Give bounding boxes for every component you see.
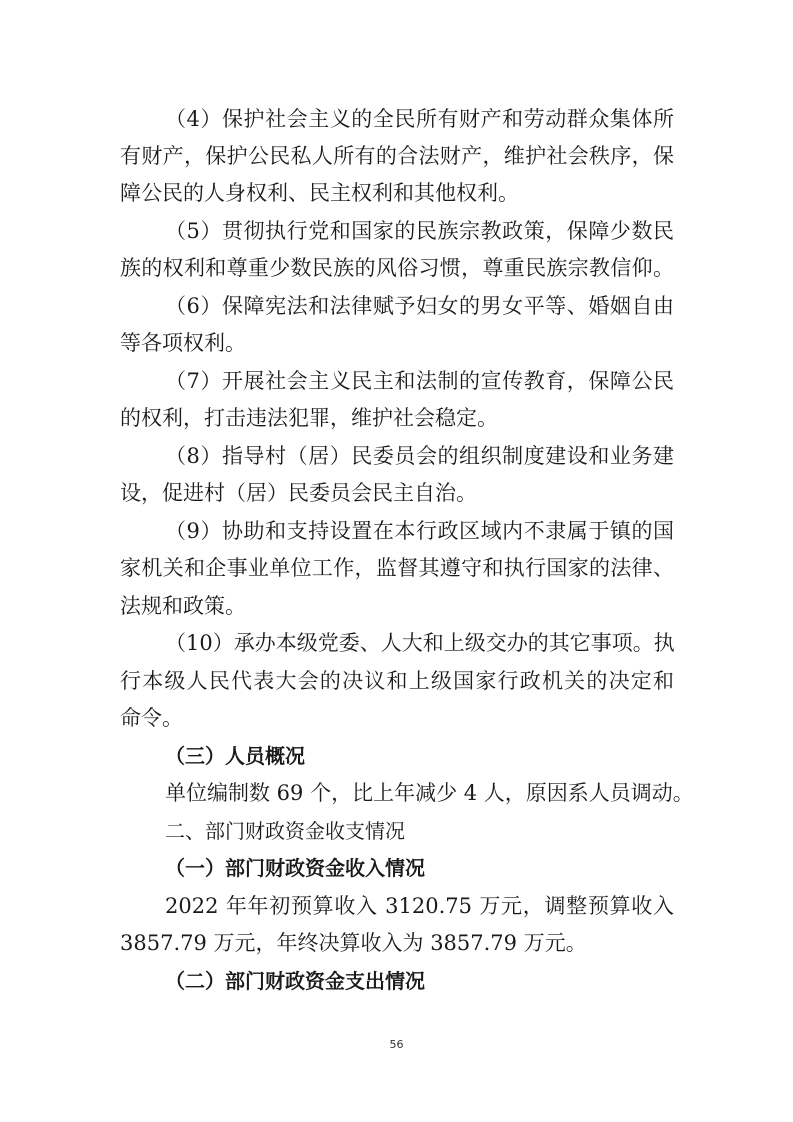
section-heading-staff-overview: （三）人员概况 [165, 741, 674, 771]
paragraph-5-line-1: （5）贯彻执行党和国家的民族宗教政策，保障少数民 [165, 216, 674, 246]
paragraph-9-line-3: 法规和政策。 [120, 591, 674, 621]
paragraph-7-line-2: 的权利，打击违法犯罪，维护社会稳定。 [120, 403, 674, 433]
section-heading-fund-expenditure: （二）部门财政资金支出情况 [165, 966, 674, 996]
paragraph-5-line-2: 族的权利和尊重少数民族的风俗习惯，尊重民族宗教信仰。 [120, 253, 674, 283]
paragraph-9-line-2: 家机关和企事业单位工作，监督其遵守和执行国家的法律、 [120, 553, 674, 583]
paragraph-10-line-3: 命令。 [120, 703, 674, 733]
paragraph-10-line-2: 行本级人民代表大会的决议和上级国家行政机关的决定和 [120, 666, 674, 696]
fund-income-line-2: 3857.79 万元，年终决算收入为 3857.79 万元。 [120, 928, 674, 958]
paragraph-9-line-1: （9）协助和支持设置在本行政区域内不隶属于镇的国 [165, 516, 674, 546]
page-number: 56 [0, 1038, 793, 1051]
document-page: （4）保护社会主义的全民所有财产和劳动群众集体所 有财产，保护公民私人所有的合法… [0, 0, 793, 1122]
staff-overview-paragraph: 单位编制数 69 个，比上年减少 4 人，原因系人员调动。 [165, 778, 674, 808]
paragraph-8-line-2: 设，促进村（居）民委员会民主自治。 [120, 478, 674, 508]
paragraph-4-line-3: 障公民的人身权利、民主权利和其他权利。 [120, 178, 674, 208]
paragraph-10-line-1: （10）承办本级党委、人大和上级交办的其它事项。执 [165, 628, 674, 658]
paragraph-7-line-1: （7）开展社会主义民主和法制的宣传教育，保障公民 [165, 366, 674, 396]
paragraph-8-line-1: （8）指导村（居）民委员会的组织制度建设和业务建 [165, 441, 674, 471]
fund-income-line-1: 2022 年年初预算收入 3120.75 万元，调整预算收入 [165, 891, 674, 921]
section-heading-fund-income: （一）部门财政资金收入情况 [165, 853, 674, 883]
paragraph-4-line-1: （4）保护社会主义的全民所有财产和劳动群众集体所 [165, 104, 674, 134]
paragraph-4-line-2: 有财产，保护公民私人所有的合法财产，维护社会秩序，保 [120, 141, 674, 171]
paragraph-6-line-1: （6）保障宪法和法律赋予妇女的男女平等、婚姻自由 [165, 291, 674, 321]
chapter-heading-fund-income-expenditure: 二、部门财政资金收支情况 [165, 816, 674, 846]
paragraph-6-line-2: 等各项权利。 [120, 328, 674, 358]
